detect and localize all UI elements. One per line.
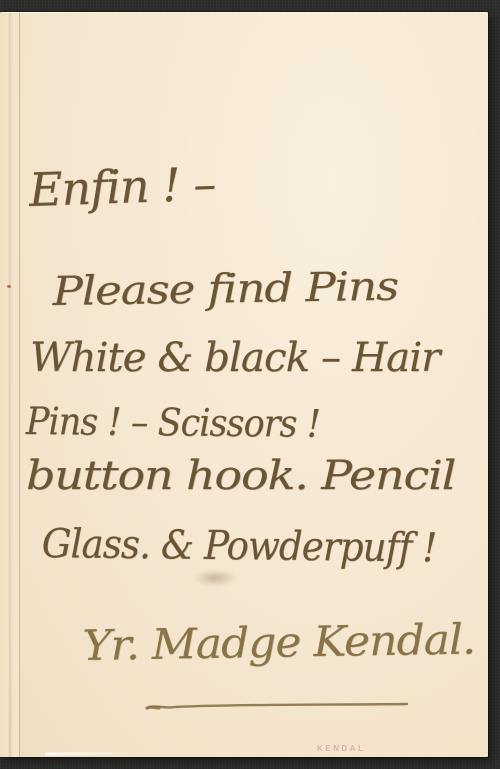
signature: Yr. Madge Kendal. (82, 614, 475, 670)
handwriting-line-6: Glass. & Powderpuff ! (42, 521, 437, 571)
ink-smudge (193, 569, 237, 587)
signature-underline-flourish (145, 699, 411, 713)
handwriting-line-5: button hook. Pencil (26, 453, 455, 499)
page-edge-highlight (45, 751, 140, 755)
handwriting-line-2: Please find Pins (52, 264, 398, 315)
letter-page: Enfin ! – Please find Pins White & black… (0, 12, 488, 757)
collection-stamp: KENDAL (317, 744, 365, 753)
handwriting-line-4: Pins ! – Scissors ! (26, 399, 320, 446)
paper-speck (7, 285, 11, 288)
handwriting-line-1: Enfin ! – (28, 156, 216, 216)
page-fore-edge (0, 13, 20, 757)
handwriting-line-3: White & black – Hair (30, 335, 439, 381)
